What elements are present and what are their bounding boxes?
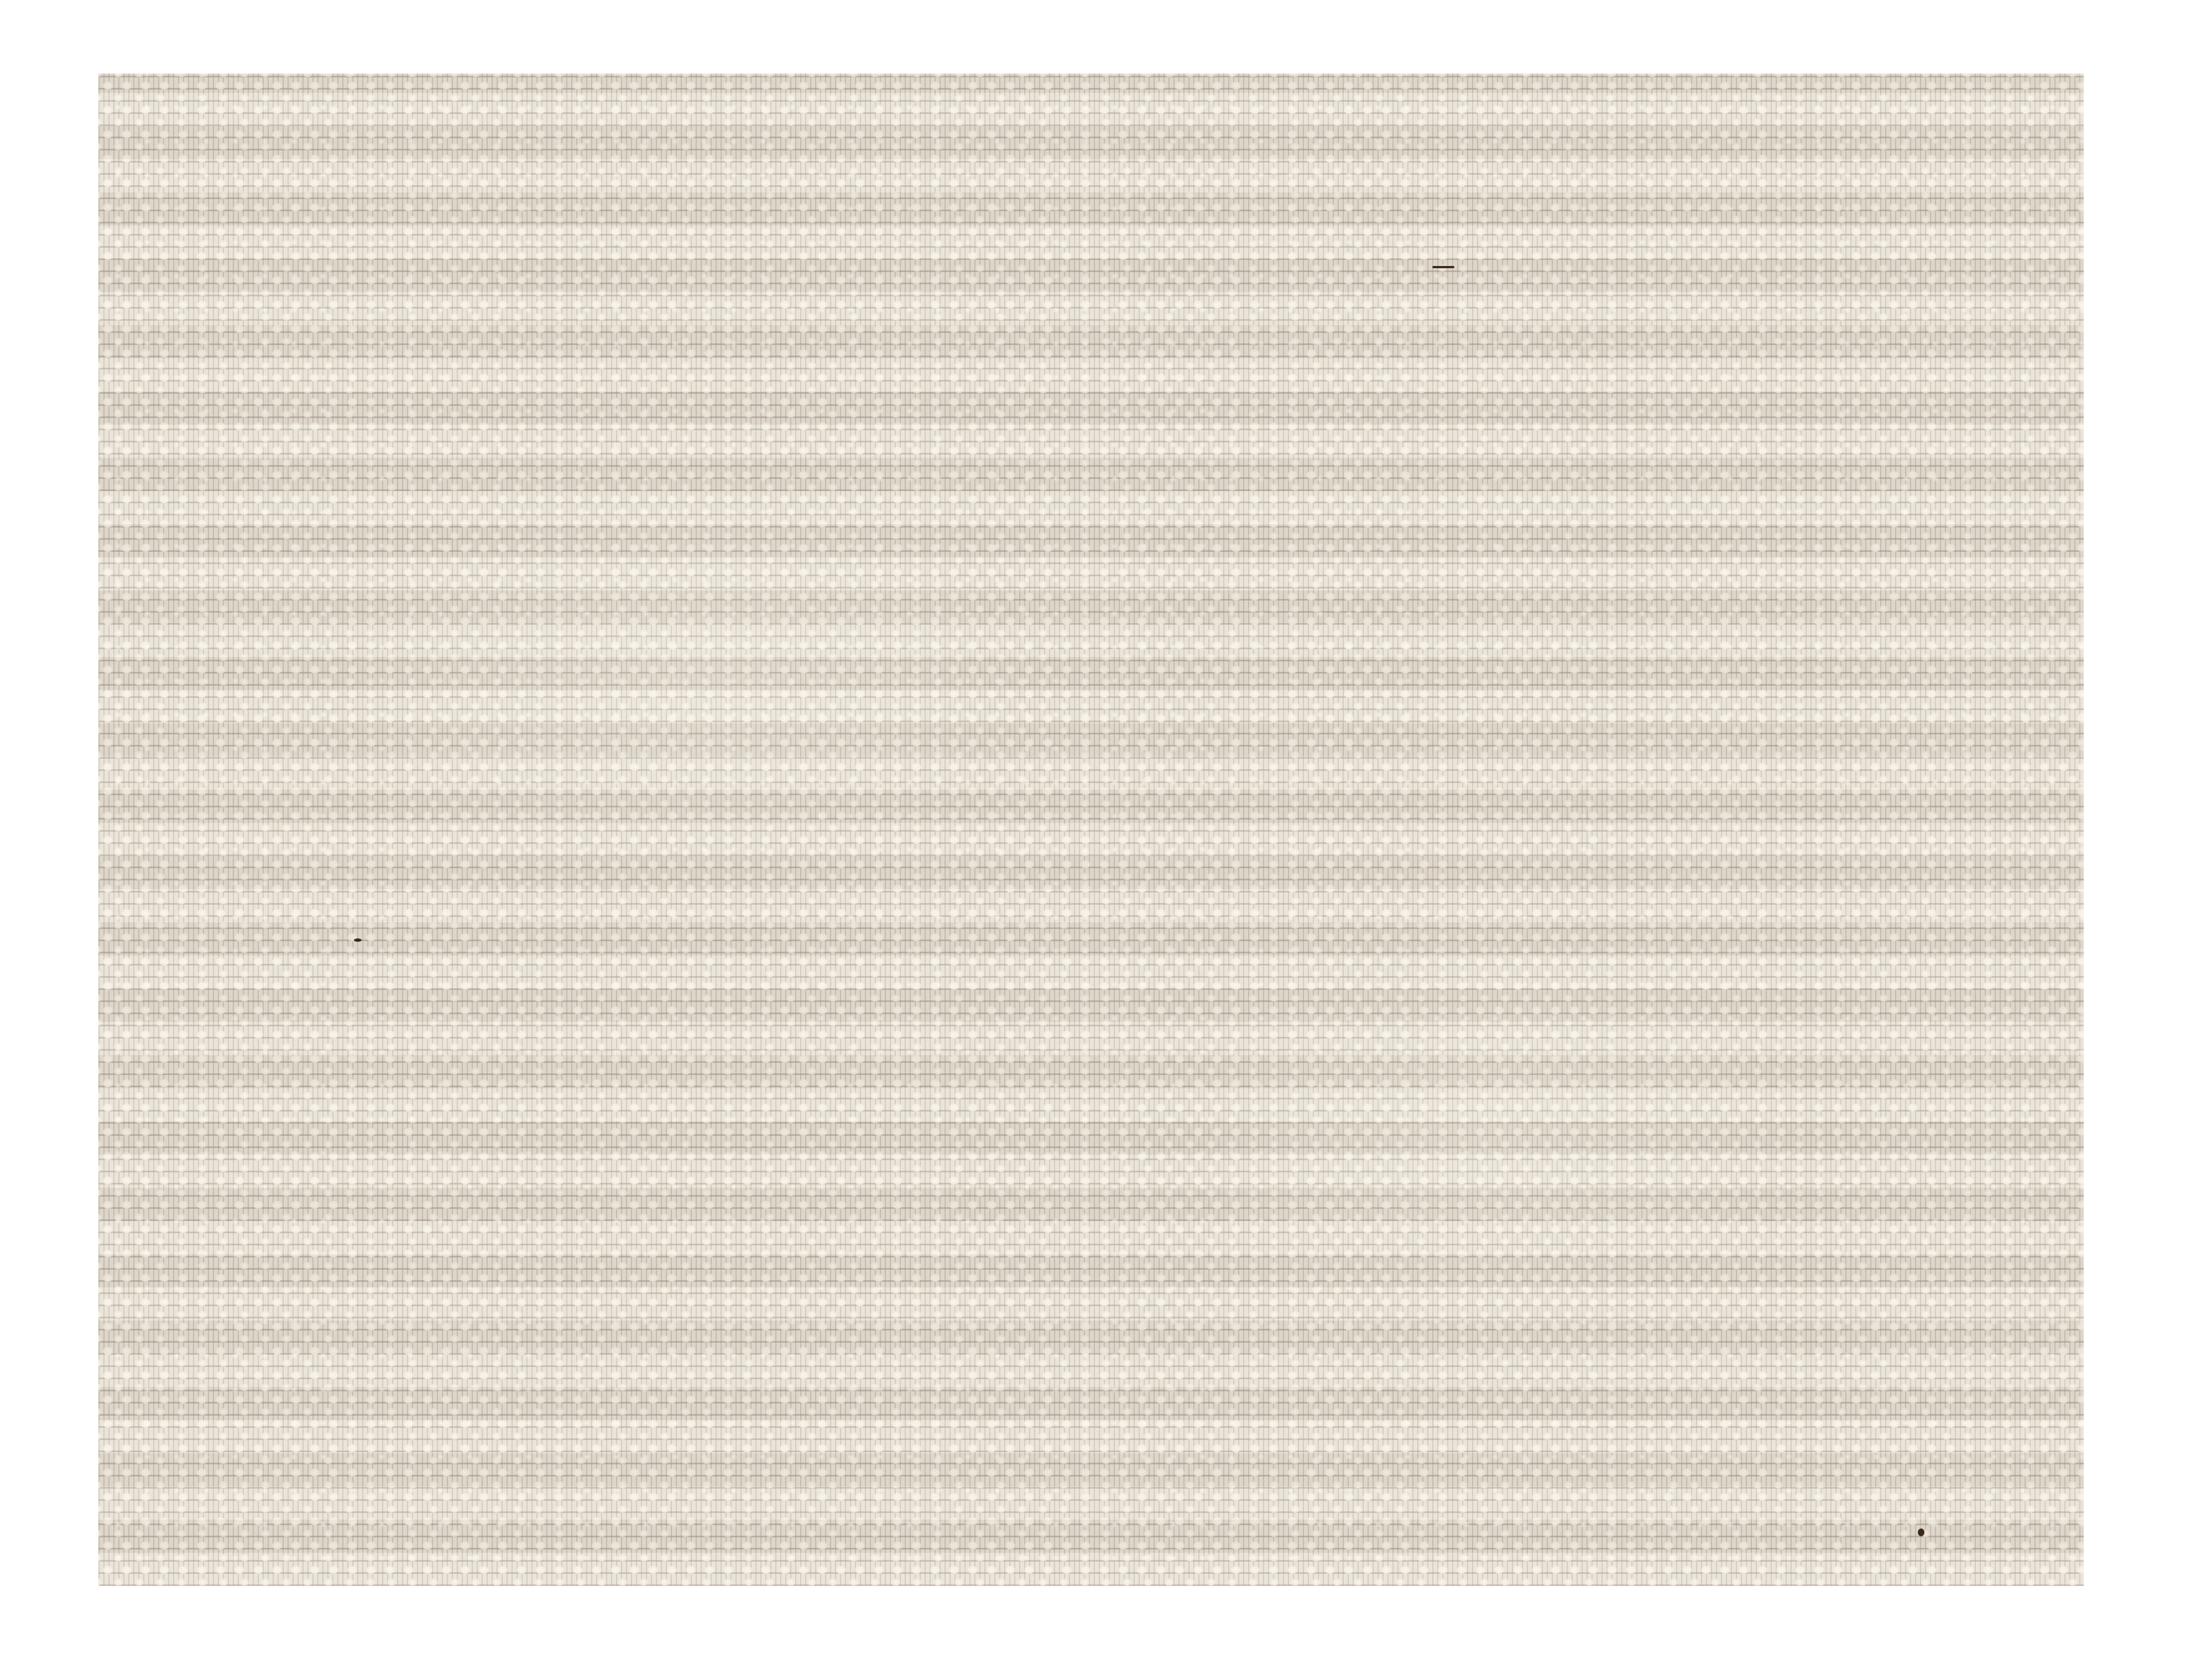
- fiber-speck: [354, 938, 362, 942]
- fabric-swatch: [98, 74, 2084, 1586]
- fiber-speck: [1918, 1528, 1924, 1536]
- photo-canvas: [0, 0, 2212, 1659]
- fabric-mottling: [98, 74, 2084, 1586]
- fiber-speck: [1432, 266, 1454, 268]
